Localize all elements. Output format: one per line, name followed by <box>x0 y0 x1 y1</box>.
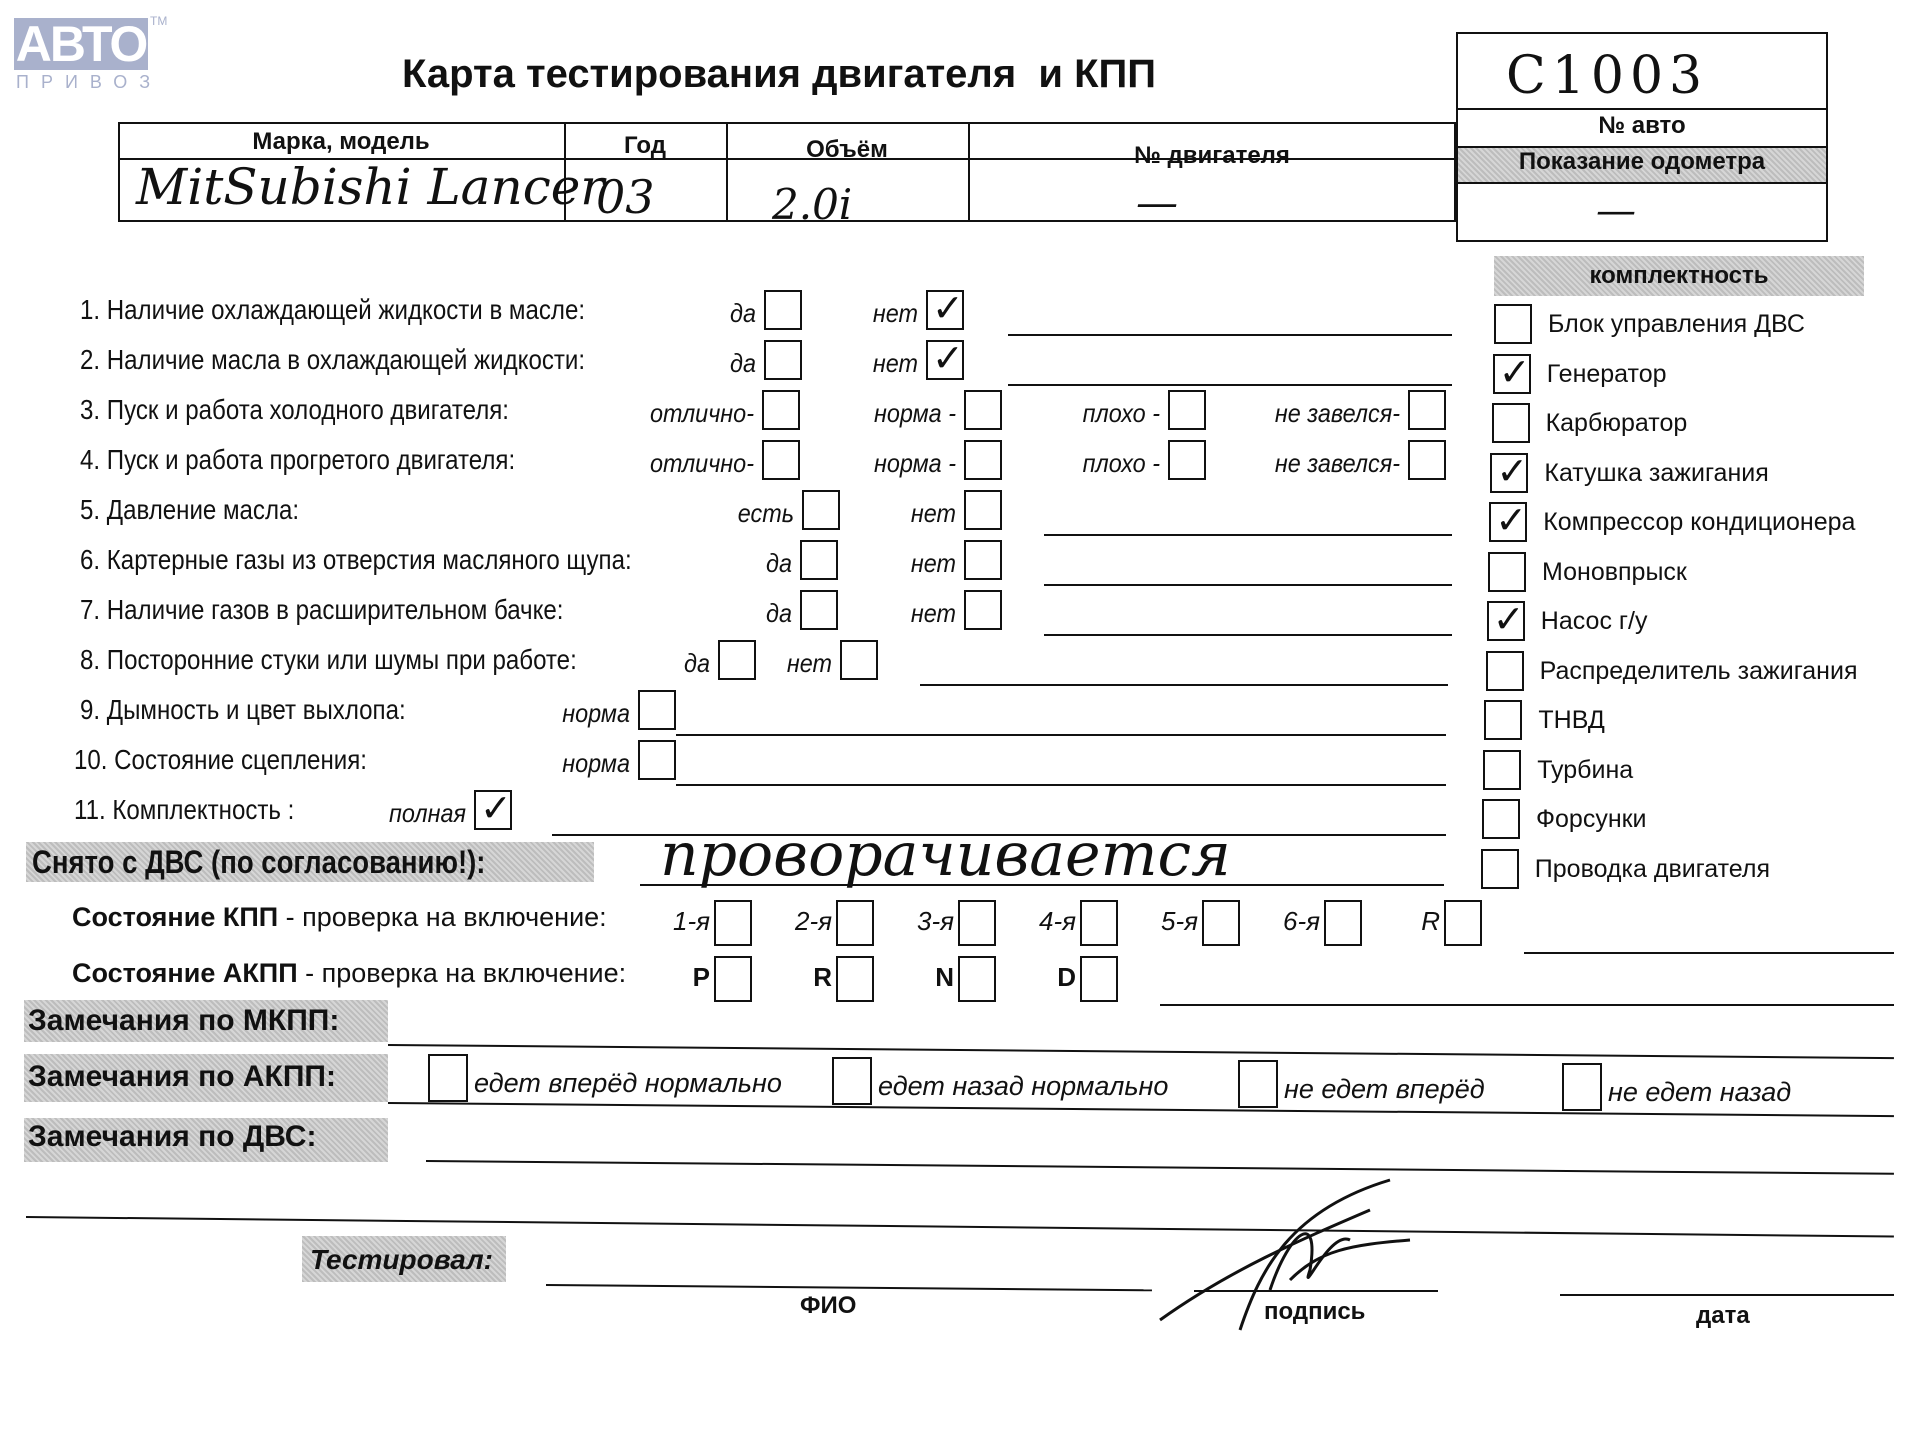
question-2-checkbox[interactable] <box>764 340 802 380</box>
page-title: Карта тестирования двигателя и КПП <box>402 52 1156 97</box>
question-4-checkbox[interactable] <box>1168 440 1206 480</box>
question-4-option-label: плохо - <box>1083 448 1160 479</box>
remarks-extra-line <box>26 1216 1894 1238</box>
question-9-notes-line <box>676 734 1446 736</box>
question-1-option-label: да <box>730 298 756 329</box>
check-mark-icon: ✓ <box>1493 599 1525 639</box>
akpp-label-rest: - проверка на включение: <box>298 958 627 988</box>
question-2-option-label: нет <box>873 348 918 379</box>
completeness-checkbox[interactable] <box>1482 799 1520 839</box>
question-5-label: 5. Давление масла: <box>80 494 299 526</box>
odometer-value[interactable]: — <box>1596 188 1636 234</box>
kpp-gear-checkbox[interactable] <box>1324 900 1362 946</box>
question-7-checkbox[interactable] <box>800 590 838 630</box>
year-value[interactable]: 03 <box>596 170 655 224</box>
question-3-checkbox[interactable] <box>964 390 1002 430</box>
date-line <box>1560 1294 1894 1296</box>
question-3-option-label: не завелся- <box>1275 398 1400 429</box>
akpp-label-bold: Состояние АКПП <box>72 958 298 988</box>
completeness-item-label: Генератор <box>1547 360 1667 389</box>
question-5-notes-line <box>1044 534 1452 536</box>
completeness-checkbox[interactable] <box>1492 403 1530 443</box>
question-2-notes-line <box>1008 384 1452 386</box>
akpp-remark-checkbox[interactable] <box>1562 1063 1602 1111</box>
fio-line <box>546 1284 1152 1291</box>
question-1-checkbox[interactable]: ✓ <box>926 290 964 330</box>
question-3-option-label: плохо - <box>1083 398 1160 429</box>
remarks-akpp-label: Замечания по АКПП: <box>28 1060 336 1094</box>
question-10-notes-line <box>676 784 1446 786</box>
question-1-notes-line <box>1008 334 1452 336</box>
completeness-checkbox[interactable] <box>1484 700 1522 740</box>
question-7-label: 7. Наличие газов в расширительном бачке: <box>80 594 563 626</box>
column-header-make-model: Марка, модель <box>118 128 564 156</box>
completeness-item-label: Насос г/у <box>1541 607 1648 636</box>
akpp-label: Состояние АКПП - проверка на включение: <box>72 958 626 989</box>
kpp-gear-checkbox[interactable] <box>714 900 752 946</box>
question-7-option-label: да <box>766 598 792 629</box>
check-mark-icon: ✓ <box>480 788 512 828</box>
akpp-gear-label: D <box>1057 962 1076 993</box>
question-7-option-label: нет <box>911 598 956 629</box>
question-3-checkbox[interactable] <box>762 390 800 430</box>
removed-value[interactable]: проворачивается <box>660 820 1231 890</box>
question-3-option-label: норма - <box>874 398 956 429</box>
completeness-item-label: Катушка зажигания <box>1544 459 1768 488</box>
akpp-gear-checkbox[interactable] <box>714 956 752 1002</box>
date-label: дата <box>1696 1302 1750 1330</box>
question-8-checkbox[interactable] <box>840 640 878 680</box>
completeness-title: комплектность <box>1494 262 1864 290</box>
kpp-gear-checkbox[interactable] <box>958 900 996 946</box>
column-header-engine-number: № двигателя <box>968 142 1456 170</box>
question-3-option-label: отлично- <box>650 398 754 429</box>
question-1-option-label: нет <box>873 298 918 329</box>
question-4-checkbox[interactable] <box>1408 440 1446 480</box>
completeness-checkbox[interactable]: ✓ <box>1489 502 1527 542</box>
question-10-label: 10. Состояние сцепления: <box>74 744 367 776</box>
completeness-item-label: Компрессор кондиционера <box>1543 508 1855 537</box>
question-6-option-label: да <box>766 548 792 579</box>
make-model-value[interactable]: MitSubishi Lancer <box>136 158 604 216</box>
question-5-option-label: нет <box>911 498 956 529</box>
completeness-checkbox[interactable] <box>1486 651 1524 691</box>
question-8-option-label: да <box>684 648 710 679</box>
kpp-gear-checkbox[interactable] <box>1444 900 1482 946</box>
check-mark-icon: ✓ <box>1495 500 1527 540</box>
tested-by-label: Тестировал: <box>310 1244 493 1276</box>
check-mark-icon: ✓ <box>932 288 964 328</box>
completeness-item-label: Моновпрыск <box>1542 558 1687 587</box>
question-11-checkbox[interactable]: ✓ <box>474 790 512 830</box>
question-8-label: 8. Посторонние стуки или шумы при работе… <box>80 644 577 676</box>
question-4-checkbox[interactable] <box>964 440 1002 480</box>
kpp-gear-label: 5-я <box>1161 906 1198 937</box>
check-mark-icon: ✓ <box>932 338 964 378</box>
check-mark-icon: ✓ <box>1496 451 1528 491</box>
akpp-gear-label: N <box>935 962 954 993</box>
question-10-option-label: норма <box>562 748 630 779</box>
engine-number-value[interactable]: — <box>1136 178 1178 227</box>
question-2-option-label: да <box>730 348 756 379</box>
question-11-option-label: полная <box>389 798 466 829</box>
completeness-item-label: Проводка двигателя <box>1535 855 1770 884</box>
question-9-label: 9. Дымность и цвет выхлопа: <box>80 694 406 726</box>
completeness-checkbox[interactable]: ✓ <box>1490 453 1528 493</box>
completeness-checkbox[interactable] <box>1483 750 1521 790</box>
akpp-gear-label: P <box>693 962 710 993</box>
check-mark-icon: ✓ <box>1499 352 1531 392</box>
question-4-checkbox[interactable] <box>762 440 800 480</box>
completeness-item-label: Блок управления ДВС <box>1548 310 1805 339</box>
akpp-gear-checkbox[interactable] <box>1080 956 1118 1002</box>
kpp-gear-label: 6-я <box>1283 906 1320 937</box>
akpp-remark-checkbox[interactable] <box>1238 1060 1278 1108</box>
question-7-notes-line <box>1044 634 1452 636</box>
question-9-option-label: норма <box>562 698 630 729</box>
kpp-gear-label: 4-я <box>1039 906 1076 937</box>
completeness-item-label: Распределитель зажигания <box>1540 657 1858 686</box>
odometer-label: Показание одометра <box>1456 148 1828 176</box>
auto-number-value[interactable]: C1003 <box>1506 46 1708 106</box>
completeness-checkbox[interactable] <box>1494 304 1532 344</box>
akpp-remark-checkbox[interactable] <box>832 1057 872 1105</box>
question-5-option-label: есть <box>738 498 794 529</box>
kpp-gear-checkbox[interactable] <box>836 900 874 946</box>
question-2-checkbox[interactable]: ✓ <box>926 340 964 380</box>
trademark-mark: TM <box>150 14 167 28</box>
kpp-label: Состояние КПП - проверка на включение: <box>72 902 607 933</box>
akpp-remark-checkbox[interactable] <box>428 1054 468 1102</box>
removed-label: Снято с ДВС (по согласованию!): <box>32 844 485 881</box>
brand-logo-subtitle: ПРИВОЗ <box>16 72 162 93</box>
remarks-mkpp-line <box>388 1044 1894 1059</box>
auto-number-label: № авто <box>1456 112 1828 140</box>
question-4-option-label: норма - <box>874 448 956 479</box>
question-8-checkbox[interactable] <box>718 640 756 680</box>
fio-label: ФИО <box>800 1292 856 1320</box>
kpp-gear-label: 1-я <box>673 906 710 937</box>
completeness-item-label: ТНВД <box>1538 706 1604 735</box>
kpp-gear-checkbox[interactable] <box>1080 900 1118 946</box>
volume-value[interactable]: 2.0i <box>772 180 852 229</box>
completeness-item-label: Турбина <box>1537 756 1633 785</box>
question-3-label: 3. Пуск и работа холодного двигателя: <box>80 394 509 426</box>
question-7-checkbox[interactable] <box>964 590 1002 630</box>
kpp-label-bold: Состояние КПП <box>72 902 278 932</box>
question-2-label: 2. Наличие масла в охлаждающей жидкости: <box>80 344 585 376</box>
question-4-option-label: отлично- <box>650 448 754 479</box>
question-1-label: 1. Наличие охлаждающей жидкости в масле: <box>80 294 585 326</box>
question-3-checkbox[interactable] <box>1408 390 1446 430</box>
akpp-gear-label: R <box>813 962 832 993</box>
kpp-gear-checkbox[interactable] <box>1202 900 1240 946</box>
akpp-remark-label: едет назад нормально <box>878 1071 1168 1102</box>
question-4-label: 4. Пуск и работа прогретого двигателя: <box>80 444 515 476</box>
akpp-remark-label: не едет назад <box>1608 1077 1791 1108</box>
question-10-checkbox[interactable] <box>638 740 676 780</box>
question-5-checkbox[interactable] <box>802 490 840 530</box>
column-header-volume: Объём <box>726 136 968 164</box>
question-6-option-label: нет <box>911 548 956 579</box>
kpp-label-rest: - проверка на включение: <box>278 902 607 932</box>
brand-logo: АВТО <box>14 18 148 70</box>
kpp-gear-label: R <box>1421 906 1440 937</box>
table-col-divider <box>968 122 970 222</box>
completeness-checkbox[interactable]: ✓ <box>1487 601 1525 641</box>
akpp-gear-checkbox[interactable] <box>958 956 996 1002</box>
question-11-label: 11. Комплектность : <box>74 794 294 826</box>
akpp-gear-checkbox[interactable] <box>836 956 874 1002</box>
signature-scribble <box>1150 1170 1430 1350</box>
completeness-checkbox[interactable] <box>1488 552 1526 592</box>
completeness-checkbox[interactable] <box>1481 849 1519 889</box>
removed-underline <box>640 884 1444 886</box>
question-4-option-label: не завелся- <box>1275 448 1400 479</box>
completeness-checkbox[interactable]: ✓ <box>1493 354 1531 394</box>
kpp-underline <box>1524 952 1894 954</box>
question-6-checkbox[interactable] <box>964 540 1002 580</box>
auto-box-divider <box>1456 108 1828 110</box>
akpp-underline <box>1160 1004 1894 1006</box>
completeness-item-label: Карбюратор <box>1546 409 1688 438</box>
column-header-year: Год <box>564 132 726 160</box>
question-9-checkbox[interactable] <box>638 690 676 730</box>
question-5-checkbox[interactable] <box>964 490 1002 530</box>
akpp-remark-label: едет вперёд нормально <box>474 1068 782 1099</box>
question-1-checkbox[interactable] <box>764 290 802 330</box>
question-6-notes-line <box>1044 584 1452 586</box>
akpp-remark-label: не едет вперёд <box>1284 1074 1485 1105</box>
question-3-checkbox[interactable] <box>1168 390 1206 430</box>
question-8-notes-line <box>920 684 1448 686</box>
kpp-gear-label: 3-я <box>917 906 954 937</box>
question-6-checkbox[interactable] <box>800 540 838 580</box>
question-6-label: 6. Картерные газы из отверстия масляного… <box>80 544 632 576</box>
completeness-item-label: Форсунки <box>1536 805 1647 834</box>
remarks-mkpp-label: Замечания по МКПП: <box>28 1004 339 1038</box>
kpp-gear-label: 2-я <box>795 906 832 937</box>
question-8-option-label: нет <box>787 648 832 679</box>
remarks-dvs-label: Замечания по ДВС: <box>28 1120 316 1154</box>
